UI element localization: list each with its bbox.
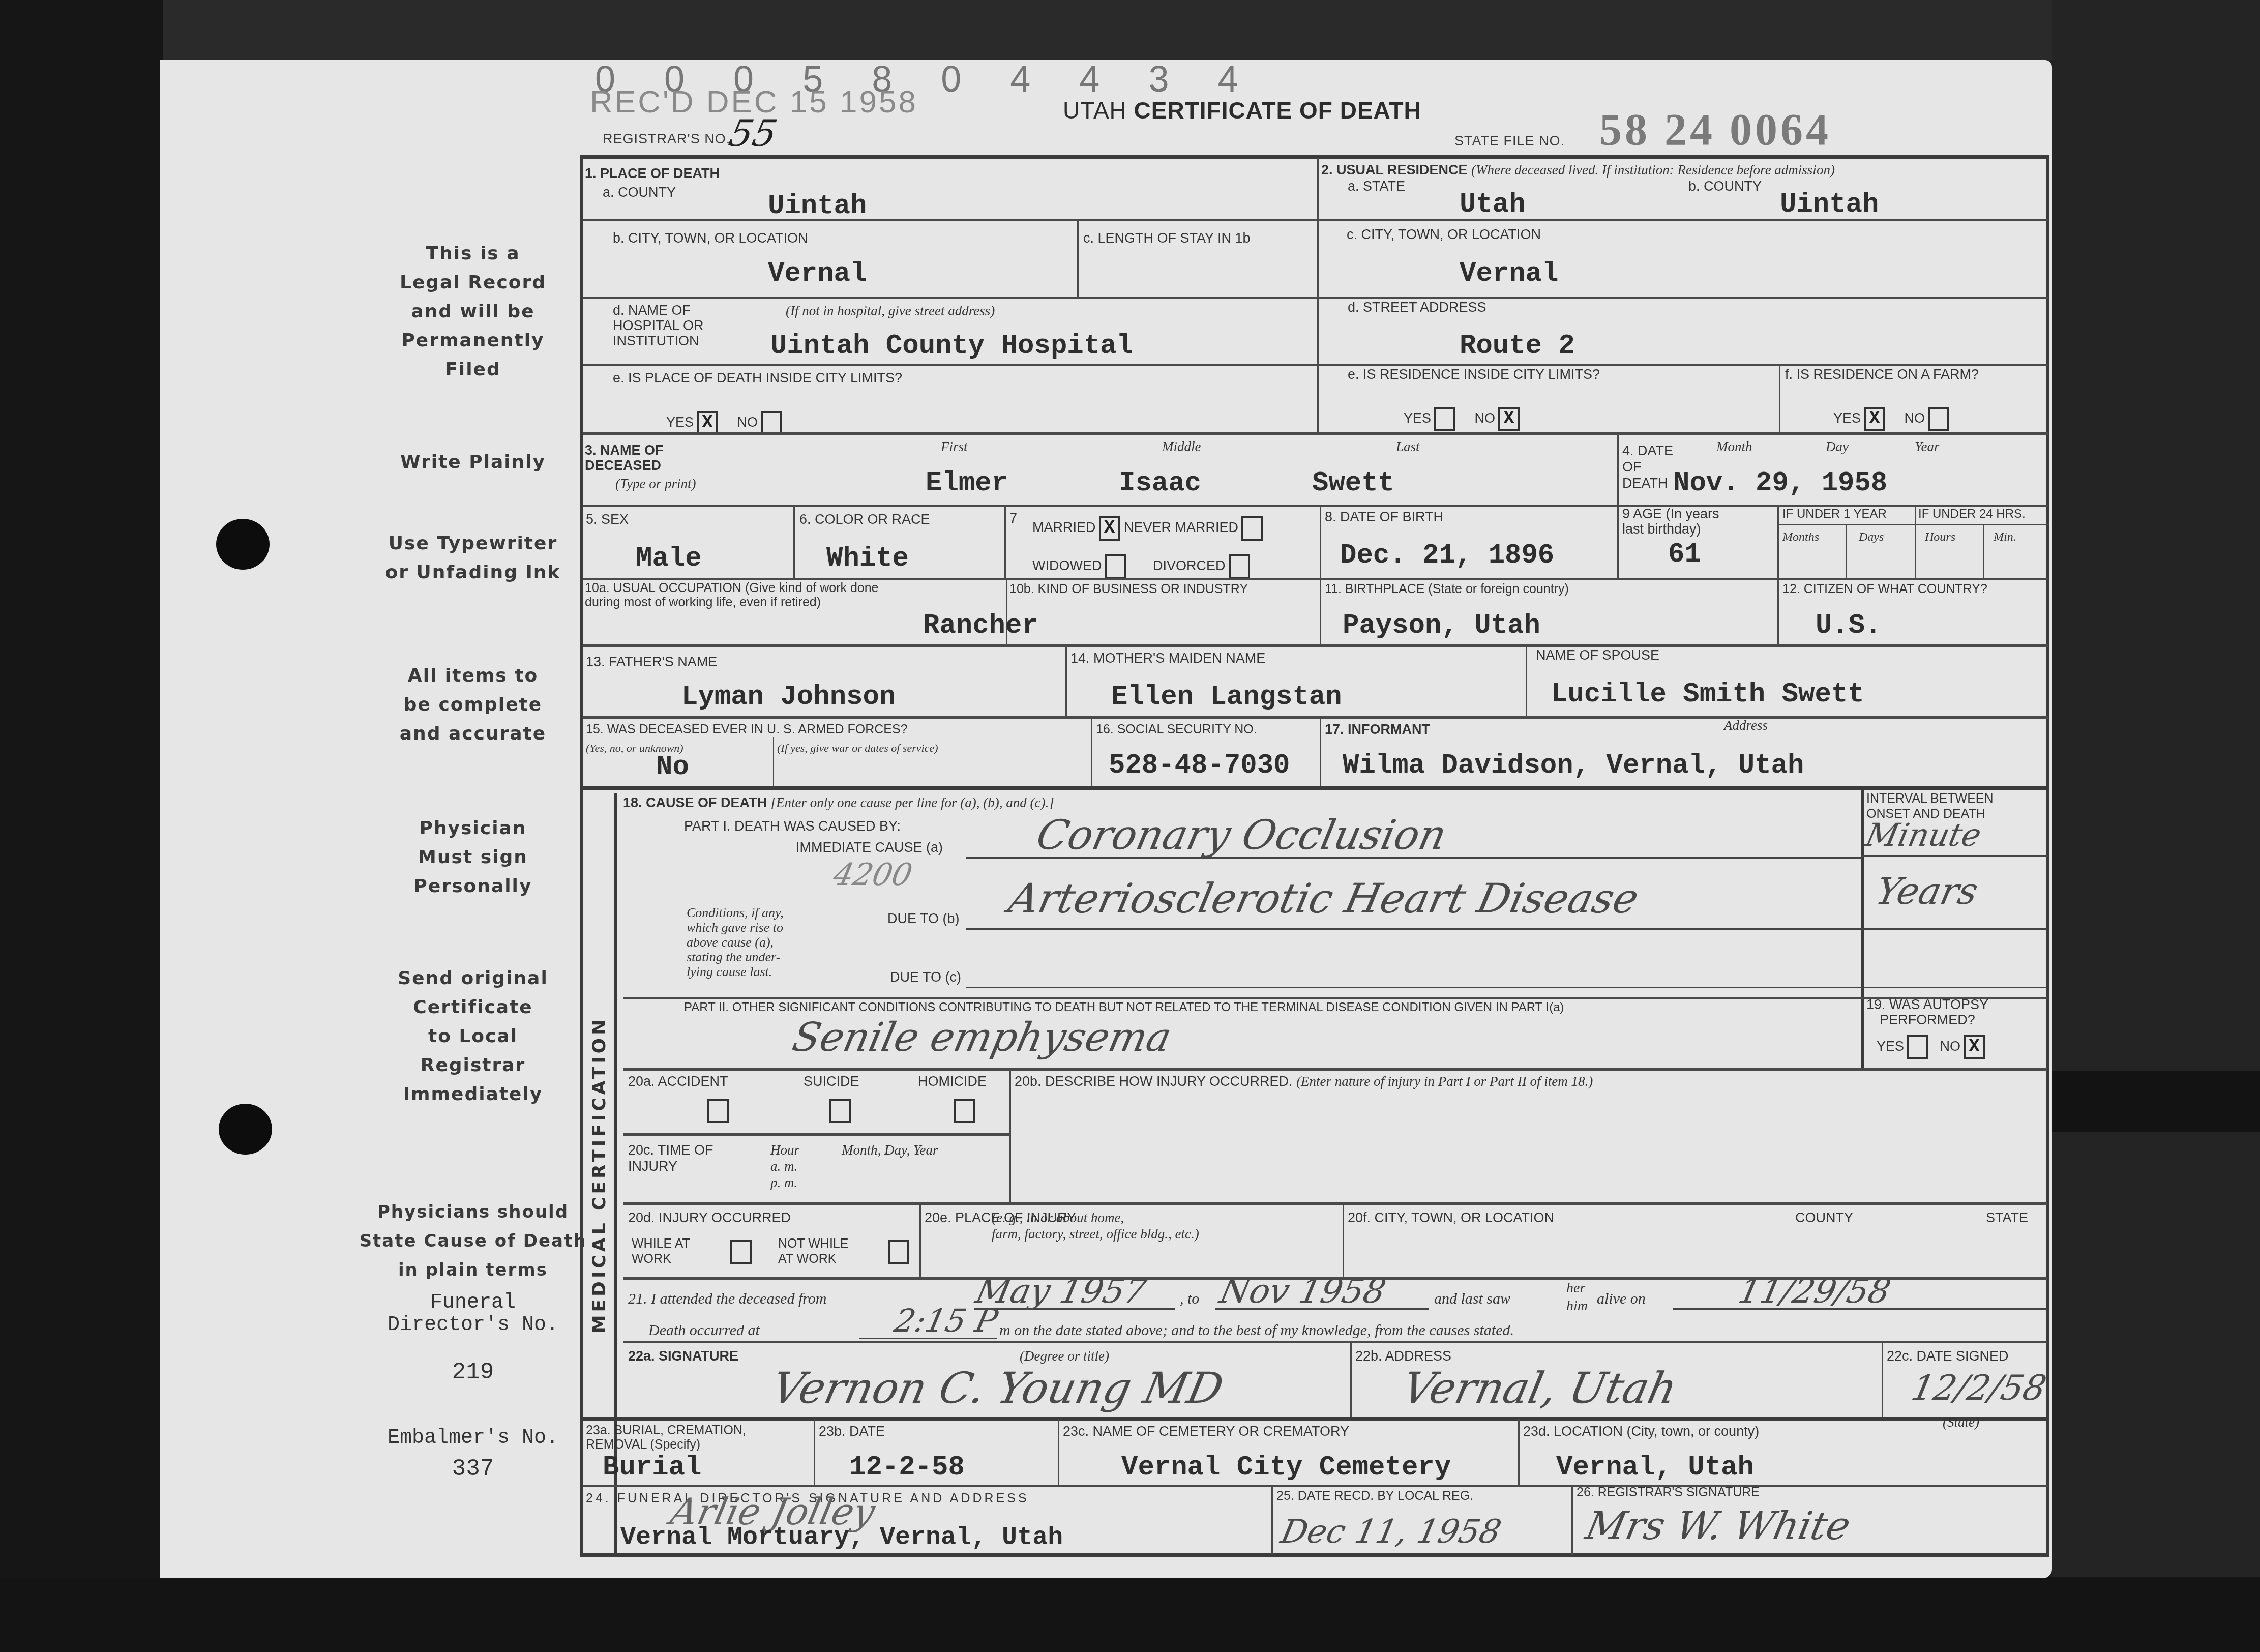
burial-date-field[interactable]: 12-2-58	[849, 1452, 965, 1483]
occupation-label: 10a. USUAL OCCUPATION (Give kind of work…	[585, 581, 879, 609]
rule	[583, 716, 2048, 719]
no-label: NO	[1905, 410, 1925, 426]
certificate-title: UTAH CERTIFICATE OF DEATH	[1063, 97, 1421, 124]
divorced-label: DIVORCED	[1153, 558, 1226, 573]
rule	[583, 1485, 2048, 1487]
first-name-field[interactable]: Elmer	[926, 468, 1008, 499]
physician-signature-field[interactable]: Vernon C. Young MD	[768, 1363, 1228, 1413]
middle-label: Middle	[1162, 438, 1201, 455]
divider	[1915, 505, 1916, 578]
res-inside-yes-checkbox[interactable]	[1434, 407, 1455, 431]
rule	[583, 1417, 2048, 1421]
injury-occurred-label: 20d. INJURY OCCURRED	[628, 1209, 791, 1226]
title-prefix: UTAH	[1063, 97, 1127, 124]
dob-field[interactable]: Dec. 21, 1896	[1340, 540, 1554, 571]
month-label: Month	[1716, 438, 1752, 455]
place-of-injury-note: (e. g., in or about home, farm, factory,…	[992, 1209, 1199, 1242]
inside-limits-no-checkbox[interactable]	[761, 411, 782, 435]
divider	[1004, 505, 1006, 578]
rule	[966, 987, 2047, 988]
divider	[1571, 1486, 1573, 1555]
under-24-hrs-label: IF UNDER 24 HRS.	[1918, 506, 2026, 522]
embalmer-no-label: Embalmer's No.	[356, 1424, 590, 1453]
date-recd-field[interactable]: Dec 11, 1958	[1277, 1513, 1504, 1551]
rule	[583, 578, 2048, 580]
type-or-print-note: (Type or print)	[615, 476, 696, 492]
registrar-signature-label: 26. REGISTRAR'S SIGNATURE	[1577, 1484, 1760, 1500]
death-county-field[interactable]: Uintah	[768, 191, 867, 222]
days-label: Days	[1859, 529, 1884, 545]
rule	[966, 928, 2047, 930]
scan-background-right	[2052, 0, 2260, 1652]
date-of-death-label: 4. DATE OF DEATH	[1622, 442, 1673, 491]
marital-top: MARRIEDX NEVER MARRIED	[1032, 516, 1263, 541]
farm-label: f. IS RESIDENCE ON A FARM?	[1785, 366, 1979, 382]
date-recd-label: 25. DATE RECD. BY LOCAL REG.	[1276, 1488, 1473, 1504]
hospital-label: d. NAME OF HOSPITAL OR INSTITUTION	[613, 303, 704, 348]
farm-checkboxes: YESX NO	[1833, 407, 1949, 431]
state-label: a. STATE	[1348, 178, 1405, 194]
spouse-field[interactable]: Lucille Smith Swett	[1551, 679, 1864, 710]
suicide-checkbox[interactable]	[829, 1099, 851, 1123]
rule	[623, 1202, 2047, 1205]
age-label: 9 AGE (In years last birthday)	[1622, 506, 1719, 537]
embalmer-no: 337	[356, 1455, 590, 1483]
part2-label: PART II. OTHER SIGNIFICANT CONDITIONS CO…	[684, 999, 1564, 1016]
state-small-label: (State)	[1943, 1414, 1979, 1430]
res-inside-no-checkbox[interactable]: X	[1498, 407, 1520, 431]
title-main: CERTIFICATE OF DEATH	[1134, 97, 1421, 124]
first-label: First	[941, 438, 968, 455]
rule	[1861, 855, 2048, 857]
birthplace-field[interactable]: Payson, Utah	[1343, 610, 1540, 641]
interval-b-field[interactable]: Years	[1872, 870, 1982, 912]
part2-field[interactable]: Senile emphysema	[788, 1015, 1175, 1060]
inside-limits-label: e. IS PLACE OF DEATH INSIDE CITY LIMITS?	[613, 370, 902, 386]
sex-field[interactable]: Male	[636, 543, 702, 574]
scan-background-top	[0, 0, 2260, 61]
res-city-label: c. CITY, TOWN, OR LOCATION	[1347, 226, 1541, 243]
address-label: 22b. ADDRESS	[1355, 1348, 1451, 1364]
farm-no-checkbox[interactable]	[1928, 407, 1949, 431]
divider	[1320, 505, 1321, 644]
mother-label: 14. MOTHER'S MAIDEN NAME	[1070, 650, 1265, 666]
widowed-label: WIDOWED	[1032, 558, 1102, 573]
res-county-label: b. COUNTY	[1688, 178, 1762, 194]
divorced-checkbox[interactable]	[1229, 554, 1250, 579]
immediate-cause-label: IMMEDIATE CAUSE (a)	[796, 839, 943, 855]
death-inside-limits-checkboxes: YESX NO	[666, 411, 782, 435]
months-label: Months	[1782, 529, 1819, 545]
rule	[623, 1341, 2047, 1343]
registrars-no: 55	[725, 112, 781, 155]
marital-bottom: WIDOWED DIVORCED	[1032, 554, 1250, 579]
accident-label: 20a. ACCIDENT	[628, 1073, 728, 1089]
farm-yes-checkbox[interactable]: X	[1864, 407, 1885, 431]
street-label: d. STREET ADDRESS	[1348, 299, 1486, 315]
business-label: 10b. KIND OF BUSINESS OR INDUSTRY	[1009, 581, 1248, 597]
divider	[1350, 1341, 1352, 1417]
interval-a-field[interactable]: Minute	[1862, 816, 1984, 853]
divider	[1065, 644, 1067, 717]
margin-note-physician-sign: Physician Must sign Personally	[356, 814, 590, 901]
yes-label: YES	[1877, 1039, 1904, 1054]
part1-label: PART I. DEATH WAS CAUSED BY:	[684, 818, 901, 834]
alive-on-label: alive on	[1597, 1291, 1646, 1307]
res-city-field[interactable]: Vernal	[1460, 258, 1558, 289]
informant-field[interactable]: Wilma Davidson, Vernal, Utah	[1343, 750, 1804, 781]
to-label: , to	[1180, 1291, 1199, 1307]
funeral-director-no: 219	[356, 1358, 590, 1386]
married-label: MARRIED	[1032, 520, 1096, 535]
registrars-no-label: REGISTRAR'S NO.	[603, 131, 730, 147]
injury-county-label: COUNTY	[1795, 1209, 1853, 1226]
burial-method-field[interactable]: Burial	[603, 1452, 701, 1483]
burial-method-label: 23a. BURIAL, CREMATION, REMOVAL (Specify…	[586, 1423, 746, 1452]
usual-residence-heading: 2. USUAL RESIDENCE (Where deceased lived…	[1321, 162, 1835, 178]
rule	[623, 1133, 1010, 1136]
rule	[583, 297, 2048, 299]
informant-address-label: Address	[1724, 717, 1768, 733]
rule	[583, 432, 2048, 435]
cause-of-death-heading: 18. CAUSE OF DEATH [Enter only one cause…	[623, 794, 1054, 811]
margin-note-complete: All items to be complete and accurate	[356, 661, 590, 748]
res-county-field[interactable]: Uintah	[1780, 189, 1879, 220]
hours-label: Hours	[1925, 529, 1955, 545]
dob-label: 8. DATE OF BIRTH	[1325, 509, 1443, 525]
marital-num: 7	[1009, 510, 1017, 526]
under-1-year-label: IF UNDER 1 YEAR	[1782, 506, 1887, 522]
her-him-label: her him	[1566, 1279, 1588, 1315]
punch-hole-icon	[219, 1104, 272, 1155]
location-label: 23d. LOCATION (City, town, or county)	[1523, 1423, 1759, 1439]
margin-note-write-plainly: Write Plainly	[356, 448, 590, 477]
describe-injury-label: 20b. DESCRIBE HOW INJURY OCCURRED. (Ente…	[1015, 1073, 1593, 1089]
due-to-b-label: DUE TO (b)	[887, 910, 960, 927]
citizen-field[interactable]: U.S.	[1816, 610, 1882, 641]
last-label: Last	[1396, 438, 1420, 455]
ssn-label: 16. SOCIAL SECURITY NO.	[1096, 721, 1257, 737]
mother-field[interactable]: Ellen Langstan	[1111, 682, 1342, 713]
ssn-field[interactable]: 528-48-7030	[1109, 750, 1290, 781]
divider	[1271, 1486, 1273, 1555]
physician-address-field[interactable]: Vernal, Utah	[1399, 1363, 1682, 1413]
mdy-label: Month, Day, Year	[842, 1142, 938, 1158]
race-label: 6. COLOR OR RACE	[799, 511, 930, 527]
res-inside-limits-checkboxes: YES NOX	[1404, 407, 1520, 431]
while-at-work-checkbox[interactable]	[730, 1240, 752, 1264]
burial-date-label: 23b. DATE	[819, 1423, 885, 1439]
hour-label: Hour a. m. p. m.	[770, 1142, 799, 1191]
yes-label: YES	[1833, 410, 1861, 426]
divider	[1518, 1419, 1520, 1485]
divider	[1077, 221, 1079, 297]
medical-certification-label: MEDICAL CERTIFICATION	[589, 1017, 610, 1334]
registrar-signature-field[interactable]: Mrs W. White	[1582, 1503, 1855, 1548]
street-field[interactable]: Route 2	[1460, 331, 1575, 362]
spouse-label: NAME OF SPOUSE	[1536, 647, 1659, 663]
rule	[583, 644, 2048, 647]
last-seen-field[interactable]: 11/29/58	[1735, 1272, 1894, 1311]
death-time-field[interactable]: 2:15 P	[891, 1302, 1001, 1339]
degree-label: (Degree or title)	[1020, 1348, 1109, 1364]
widowed-checkbox[interactable]	[1105, 554, 1126, 579]
rule	[1777, 524, 2049, 525]
death-at-label: Death occurred at	[648, 1322, 760, 1339]
margin-note-typewriter: Use Typewriter or Unfading Ink	[356, 529, 590, 587]
date-signed-field[interactable]: 12/2/58	[1908, 1368, 2050, 1408]
divider	[1846, 524, 1847, 578]
date-signed-label: 22c. DATE SIGNED	[1887, 1348, 2009, 1364]
homicide-label: HOMICIDE	[918, 1073, 987, 1089]
due-to-b-field[interactable]: Arteriosclerotic Heart Disease	[1004, 875, 1643, 922]
divider	[1320, 716, 1321, 786]
city-label: b. CITY, TOWN, OR LOCATION	[613, 230, 808, 246]
cemetery-label: 23c. NAME OF CEMETERY OR CREMATORY	[1063, 1423, 1349, 1439]
city-of-injury-label: 20f. CITY, TOWN, OR LOCATION	[1348, 1209, 1554, 1226]
scan-background-bottom	[0, 1577, 2260, 1652]
immediate-cause-field[interactable]: Coronary Occlusion	[1032, 811, 1450, 859]
margin-note-legal-record: This is a Legal Record and will be Perma…	[356, 239, 590, 384]
birthplace-label: 11. BIRTHPLACE (State or foreign country…	[1325, 581, 1569, 597]
signature-label: 22a. SIGNATURE	[628, 1348, 738, 1364]
death-at-suffix: m on the date stated above; and to the b…	[999, 1322, 1514, 1339]
homicide-checkbox[interactable]	[954, 1099, 975, 1123]
last-saw-label: and last saw	[1434, 1291, 1510, 1307]
while-at-work-label: WHILE AT WORK	[632, 1236, 690, 1266]
year-label: Year	[1915, 438, 1940, 455]
no-label: NO	[1475, 410, 1496, 426]
sex-label: 5. SEX	[586, 511, 629, 527]
middle-name-field[interactable]: Isaac	[1119, 468, 1201, 499]
armed-note-2: (If yes, give war or dates of service)	[777, 740, 938, 756]
yes-label: YES	[1404, 410, 1431, 426]
binding-strip	[0, 0, 163, 1652]
rule	[583, 786, 2048, 790]
res-state-field[interactable]: Utah	[1460, 189, 1526, 220]
citizen-label: 12. CITIZEN OF WHAT COUNTRY?	[1782, 581, 1987, 597]
autopsy-no-checkbox[interactable]: X	[1964, 1035, 1985, 1059]
rule	[623, 1068, 2047, 1071]
divider	[1317, 158, 1319, 432]
divider	[1343, 1202, 1344, 1277]
date-of-death-field[interactable]: Nov. 29, 1958	[1673, 468, 1887, 499]
funeral-director-no-label: Funeral Director's No.	[356, 1292, 590, 1337]
name-of-deceased-label: 3. NAME OF DECEASED	[585, 442, 664, 473]
due-to-c-label: DUE TO (c)	[890, 969, 961, 985]
divider	[1983, 524, 1984, 578]
autopsy-checkboxes: YES NOX	[1877, 1035, 1985, 1059]
yes-label: YES	[666, 415, 694, 430]
state-file-no: 58 24 0064	[1599, 104, 1831, 156]
armed-forces-label: 15. WAS DECEASED EVER IN U. S. ARMED FOR…	[586, 721, 908, 737]
divider	[1058, 1419, 1059, 1485]
inside-limits-yes-checkbox[interactable]: X	[697, 411, 718, 435]
death-city-field[interactable]: Vernal	[768, 258, 867, 289]
state-file-label: STATE FILE NO.	[1454, 133, 1565, 149]
min-label: Min.	[1994, 529, 2016, 545]
res-inside-limits-label: e. IS RESIDENCE INSIDE CITY LIMITS?	[1348, 366, 1600, 382]
county-label: a. COUNTY	[603, 184, 676, 200]
not-while-at-work-label: NOT WHILE AT WORK	[778, 1236, 848, 1266]
divider	[1882, 1341, 1883, 1417]
last-name-field[interactable]: Swett	[1312, 468, 1394, 499]
divider	[1779, 365, 1780, 432]
father-field[interactable]: Lyman Johnson	[681, 682, 896, 713]
divider	[1777, 505, 1779, 644]
no-label: NO	[1940, 1039, 1961, 1054]
attended-label: 21. I attended the deceased from	[628, 1291, 826, 1307]
married-checkbox[interactable]: X	[1099, 516, 1120, 541]
cause-code: 4200	[830, 857, 916, 893]
length-of-stay-label: c. LENGTH OF STAY IN 1b	[1083, 230, 1251, 246]
divider	[773, 737, 774, 786]
conditions-note: Conditions, if any, which gave rise to a…	[687, 905, 784, 979]
father-label: 13. FATHER'S NAME	[586, 654, 717, 670]
day-label: Day	[1826, 438, 1849, 455]
suicide-label: SUICIDE	[804, 1073, 859, 1089]
punch-hole-icon	[216, 519, 270, 570]
funeral-director-address-field[interactable]: Vernal Mortuary, Vernal, Utah	[620, 1523, 1063, 1552]
never-married-label: NEVER MARRIED	[1124, 520, 1238, 535]
race-field[interactable]: White	[826, 543, 909, 574]
divider	[793, 505, 795, 578]
time-of-injury-label: 20c. TIME OF INJURY	[628, 1142, 713, 1174]
divider	[1526, 644, 1527, 717]
never-married-checkbox[interactable]	[1241, 516, 1263, 541]
margin-note-send-original: Send original Certificate to Local Regis…	[356, 964, 590, 1109]
divider	[919, 1202, 921, 1277]
burial-location-field[interactable]: Vernal, Utah	[1556, 1452, 1754, 1483]
not-while-at-work-checkbox[interactable]	[888, 1240, 909, 1264]
informant-label: 17. INFORMANT	[1325, 721, 1430, 737]
divider	[814, 1419, 815, 1485]
armed-forces-field[interactable]: No	[656, 752, 689, 783]
accident-checkbox[interactable]	[707, 1099, 729, 1123]
hospital-note: (If not in hospital, give street address…	[786, 303, 995, 319]
autopsy-label: 19. WAS AUTOPSY PERFORMED?	[1866, 997, 1988, 1027]
attended-to-field[interactable]: Nov 1958	[1216, 1272, 1389, 1311]
no-label: NO	[737, 415, 758, 430]
place-of-death-heading: 1. PLACE OF DEATH	[585, 165, 720, 182]
scan-background-band	[2052, 1071, 2260, 1132]
injury-state-label: STATE	[1986, 1209, 2028, 1226]
age-field[interactable]: 61	[1668, 539, 1701, 570]
margin-note-plain-terms: Physicians should State Cause of Death i…	[356, 1198, 590, 1285]
autopsy-yes-checkbox[interactable]	[1907, 1035, 1928, 1059]
occupation-field[interactable]: Rancher	[923, 610, 1038, 641]
cemetery-field[interactable]: Vernal City Cemetery	[1121, 1452, 1451, 1483]
divider	[1091, 716, 1092, 786]
hospital-field[interactable]: Uintah County Hospital	[770, 331, 1133, 362]
